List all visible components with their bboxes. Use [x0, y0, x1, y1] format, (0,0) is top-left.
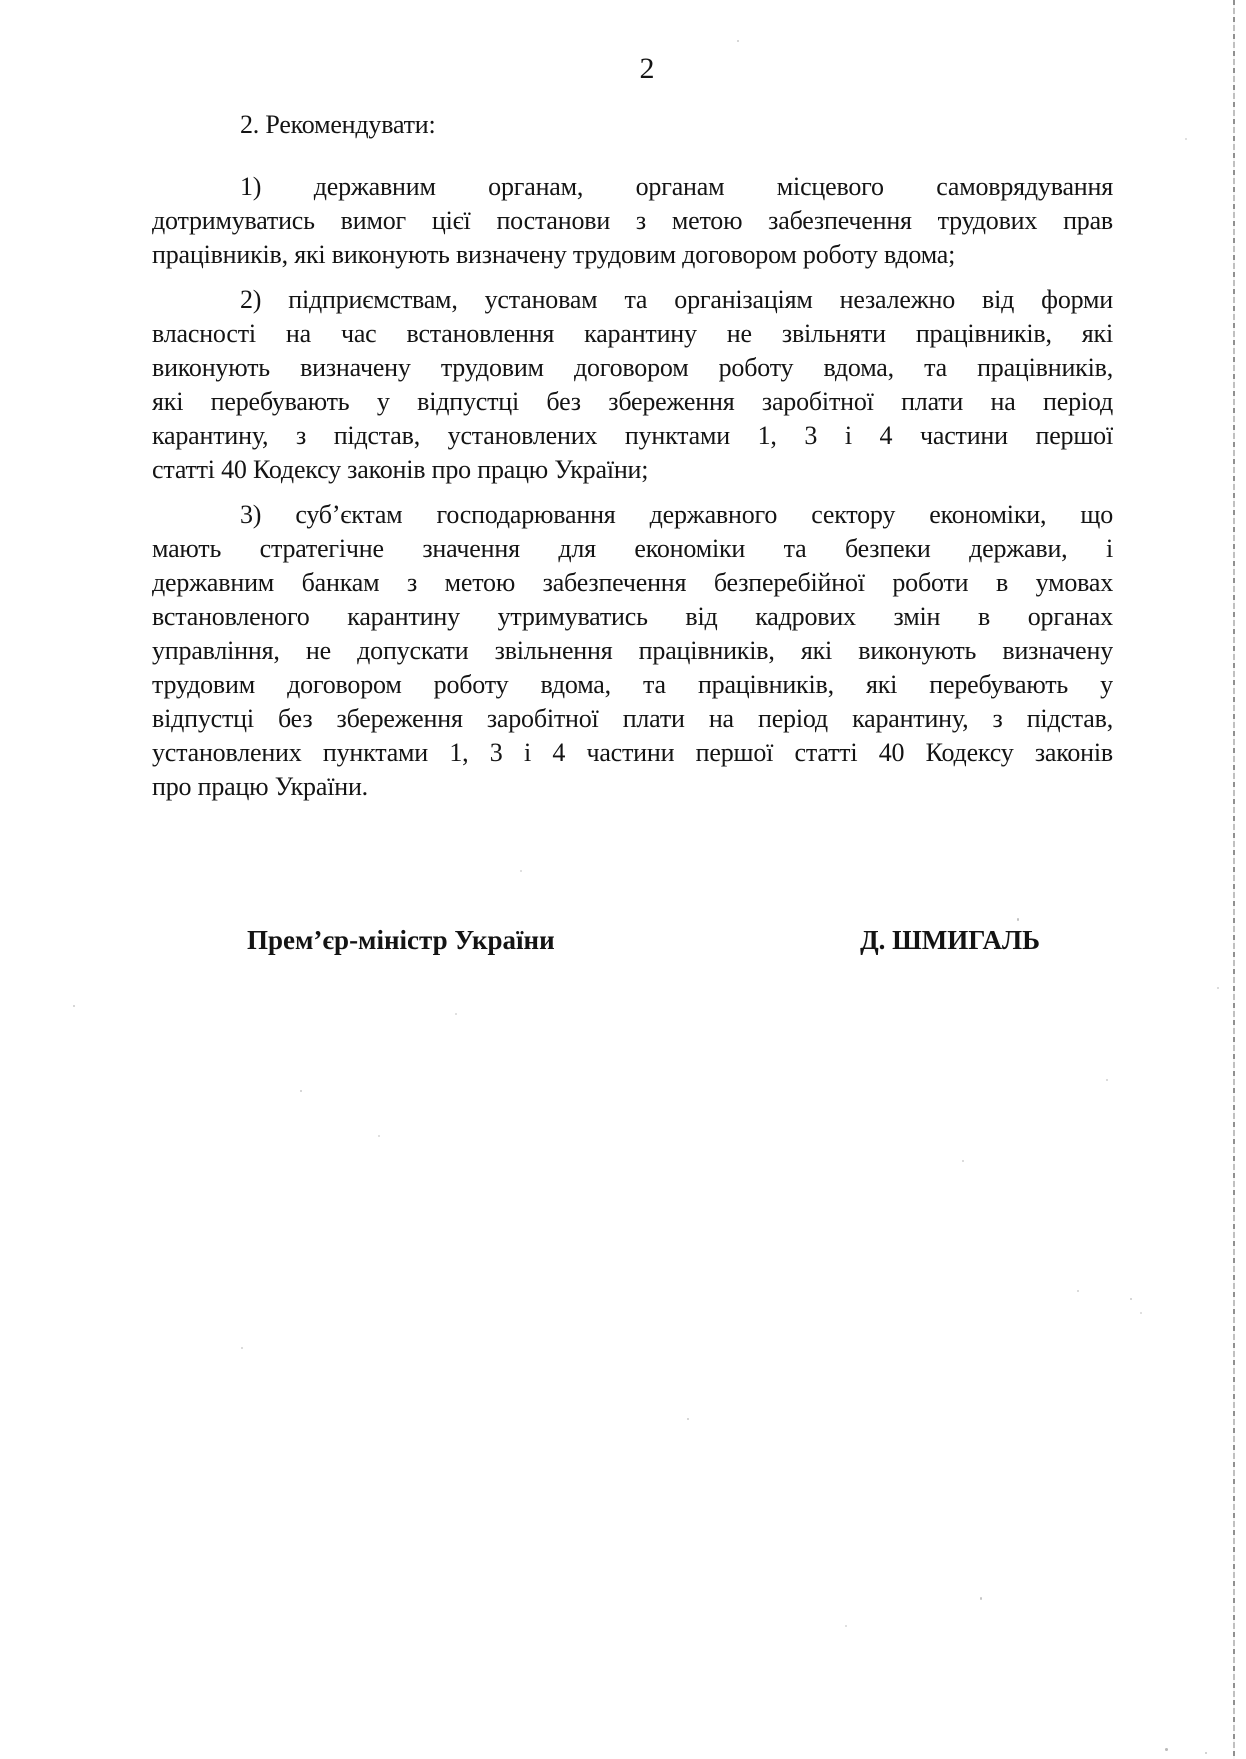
text-line: виконують визначену трудовим договором р… [152, 351, 1113, 385]
scan-speck [845, 1625, 847, 1627]
scan-speck [1185, 138, 1187, 140]
text-line: власності на час встановлення карантину … [152, 317, 1113, 351]
scan-speck [962, 1160, 964, 1162]
text-line: державним банкам з метою забезпечення бе… [152, 566, 1113, 600]
signatory-name: Д. ШМИГАЛЬ [860, 923, 1040, 957]
signatory-title: Прем’єр-міністр України [247, 923, 555, 957]
scan-speck [1106, 1079, 1108, 1081]
text-line: мають стратегічне значення для економіки… [152, 532, 1113, 566]
scan-speck [1130, 1298, 1132, 1300]
page-number: 2 [24, 52, 1246, 86]
scan-speck [1205, 1752, 1207, 1754]
scan-speck [241, 1347, 243, 1349]
scanned-document-page: 2 2. Рекомендувати: 1) державним органам… [0, 0, 1246, 1759]
text-line: трудовим договором роботу вдома, та прац… [152, 668, 1113, 702]
text-line: відпустці без збереження заробітної плат… [152, 702, 1113, 736]
scan-speck [1077, 1290, 1079, 1292]
text-line: карантину, з підстав, установлених пункт… [152, 419, 1113, 453]
scan-speck [73, 1005, 75, 1007]
text-line: 3) суб’єктам господарювання державного с… [152, 498, 1113, 532]
paragraph-item-1: 1) державним органам, органам місцевого … [152, 170, 1113, 272]
text-line: працівників, які виконують визначену тру… [152, 238, 1113, 272]
text-line: які перебувають у відпустці без збережен… [152, 385, 1113, 419]
text-line: встановленого карантину утримуватись від… [152, 600, 1113, 634]
scan-speck [1140, 1312, 1142, 1314]
scan-speck [687, 1418, 689, 1420]
section-heading: 2. Рекомендувати: [152, 108, 1113, 142]
text-line: статті 40 Кодексу законів про працю Укра… [152, 453, 1113, 487]
document-body: 2. Рекомендувати: 1) державним органам, … [152, 108, 1113, 957]
text-line: дотримуватись вимог цієї постанови з мет… [152, 204, 1113, 238]
scan-speck [378, 1135, 380, 1137]
scan-speck [455, 1013, 457, 1015]
scan-speck [1165, 1748, 1168, 1751]
scan-speck [737, 40, 739, 42]
scan-speck [1017, 918, 1019, 921]
scan-speck [520, 870, 522, 872]
signature-row: Прем’єр-міністр України Д. ШМИГАЛЬ [152, 923, 1113, 957]
scan-artifact-dashed-line [1233, 0, 1235, 1759]
text-line: 1) державним органам, органам місцевого … [152, 170, 1113, 204]
scan-speck [980, 1597, 982, 1600]
text-line: управління, не допускати звільнення прац… [152, 634, 1113, 668]
scan-speck [1217, 987, 1219, 989]
paragraph-item-3: 3) суб’єктам господарювання державного с… [152, 498, 1113, 804]
paragraph-item-2: 2) підприємствам, установам та організац… [152, 283, 1113, 487]
scan-speck [300, 1090, 302, 1092]
text-line: про працю України. [152, 770, 1113, 804]
text-line: установлених пунктами 1, 3 і 4 частини п… [152, 736, 1113, 770]
text-line: 2) підприємствам, установам та організац… [152, 283, 1113, 317]
